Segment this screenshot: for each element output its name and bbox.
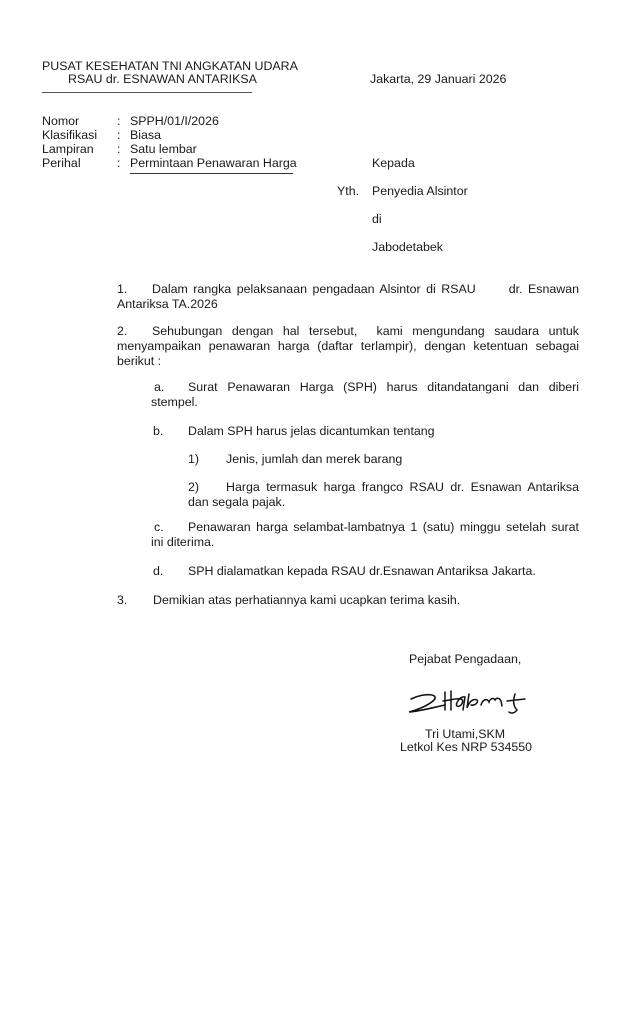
meta-value-nomor: SPPH/01/I/2026 (130, 114, 219, 128)
item-letter: d. (153, 564, 188, 578)
signatory-rank: Letkol Kes NRP 534550 (400, 740, 532, 754)
item-text: Penawaran harga selambat-lambatnya 1 (sa… (151, 520, 579, 549)
header-divider (42, 92, 252, 93)
signatory-name: Tri Utami,SKM (425, 727, 505, 741)
item-text: SPH dialamatkan kepada RSAU dr.Esnawan A… (188, 564, 536, 578)
item-text: Dalam SPH harus jelas dicantumkan tentan… (188, 424, 435, 438)
recipient-kepada: Kepada (372, 156, 415, 170)
paragraph-3: 3.Demikian atas perhatiannya kami ucapka… (117, 593, 460, 607)
subitem-number: 2) (188, 480, 226, 495)
paragraph-text: Demikian atas perhatiannya kami ucapkan … (153, 593, 460, 607)
meta-label-lampiran: Lampiran (42, 142, 94, 156)
meta-value-klasifikasi: Biasa (130, 128, 161, 142)
paragraph-text: Dalam rangka pelaksanaan pengadaan Alsin… (117, 282, 582, 311)
item-letter: c. (151, 520, 188, 535)
meta-label-nomor: Nomor (42, 114, 79, 128)
signature-title: Pejabat Pengadaan, (409, 652, 521, 666)
paragraph-number: 3. (117, 593, 153, 607)
item-b1: 1)Jenis, jumlah dan merek barang (188, 452, 402, 466)
recipient-place: Jabodetabek (372, 240, 443, 254)
signature-mark-icon (405, 688, 533, 718)
recipient-di: di (372, 212, 382, 226)
paragraph-text: Sehubungan dengan hal tersebut, kami men… (117, 324, 582, 368)
subitem-text: Harga termasuk harga frangco RSAU dr. Es… (188, 480, 579, 509)
meta-label-perihal: Perihal (42, 156, 81, 170)
meta-sep: : (117, 128, 120, 142)
item-c: c.Penawaran harga selambat-lambatnya 1 (… (151, 520, 579, 550)
place-date: Jakarta, 29 Januari 2026 (370, 72, 506, 86)
meta-sep: : (117, 142, 120, 156)
perihal-underline (130, 173, 293, 174)
item-letter: b. (153, 424, 188, 438)
org-name-line2: RSAU dr. ESNAWAN ANTARIKSA (68, 72, 257, 86)
meta-label-klasifikasi: Klasifikasi (42, 128, 97, 142)
recipient-yth: Yth. (337, 184, 359, 198)
item-d: d.SPH dialamatkan kepada RSAU dr.Esnawan… (153, 564, 536, 578)
subitem-number: 1) (188, 452, 226, 466)
item-a: a.Surat Penawaran Harga (SPH) harus dita… (151, 380, 579, 410)
recipient-name: Penyedia Alsintor (372, 184, 468, 198)
meta-sep: : (117, 114, 120, 128)
paragraph-number: 2. (117, 324, 152, 339)
org-name-line1: PUSAT KESEHATAN TNI ANGKATAN UDARA (42, 59, 298, 73)
item-text: Surat Penawaran Harga (SPH) harus ditand… (151, 380, 579, 409)
meta-sep: : (117, 156, 120, 170)
item-b: b.Dalam SPH harus jelas dicantumkan tent… (153, 424, 435, 438)
paragraph-1: 1.Dalam rangka pelaksanaan pengadaan Als… (117, 282, 579, 312)
meta-value-perihal: Permintaan Penawaran Harga (130, 156, 297, 170)
subitem-text: Jenis, jumlah dan merek barang (226, 452, 402, 466)
item-letter: a. (151, 380, 188, 395)
item-b2: 2)Harga termasuk harga frangco RSAU dr. … (188, 480, 579, 510)
paragraph-number: 1. (117, 282, 152, 297)
meta-value-lampiran: Satu lembar (130, 142, 197, 156)
paragraph-2: 2.Sehubungan dengan hal tersebut, kami m… (117, 324, 579, 369)
